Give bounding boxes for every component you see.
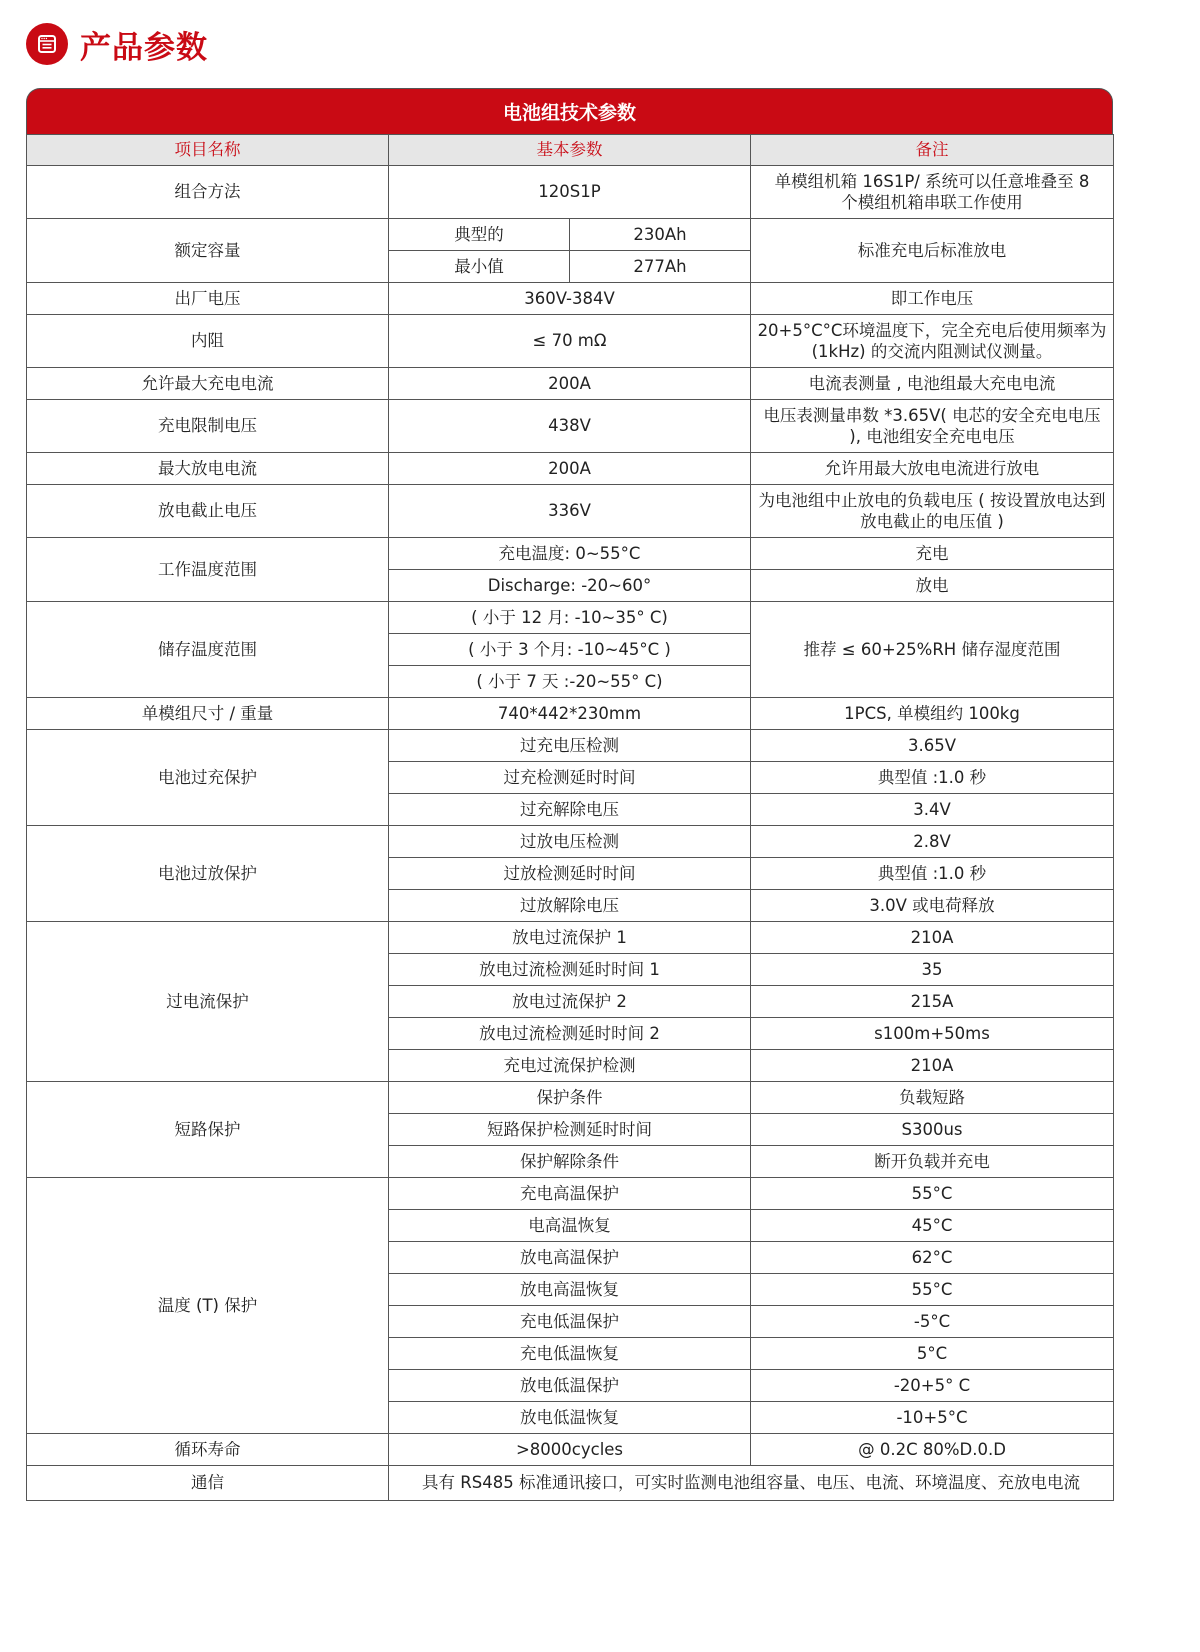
row-value: Discharge: -20~60° — [389, 570, 751, 602]
table-row: 储存温度范围 ( 小于 12 月: -10~35° C) 推荐 ≤ 60+25%… — [27, 602, 1114, 634]
row-value: 过放电压检测 — [389, 826, 751, 858]
row-note: 放电 — [751, 570, 1114, 602]
row-note: 为电池组中止放电的负载电压 ( 按设置放电达到放电截止的电压值 ) — [751, 485, 1114, 538]
row-note: 典型值 :1.0 秒 — [751, 858, 1114, 890]
row-name: 最大放电电流 — [27, 453, 389, 485]
row-value: 放电过流保护 2 — [389, 986, 751, 1018]
row-note: 电压表测量串数 *3.65V( 电芯的安全充电电压 ), 电池组安全充电电压 — [751, 400, 1114, 453]
row-note: -5°C — [751, 1306, 1114, 1338]
row-value: 过充解除电压 — [389, 794, 751, 826]
row-value: 过充检测延时时间 — [389, 762, 751, 794]
row-value: 438V — [389, 400, 751, 453]
row-value: >8000cycles — [389, 1434, 751, 1466]
row-note: 215A — [751, 986, 1114, 1018]
row-note: 即工作电压 — [751, 283, 1114, 315]
row-name: 单模组尺寸 / 重量 — [27, 698, 389, 730]
table-row: 工作温度范围 充电温度: 0~55°C 充电 — [27, 538, 1114, 570]
row-value: ( 小于 7 天 :-20~55° C) — [389, 666, 751, 698]
row-note: 45°C — [751, 1210, 1114, 1242]
row-value: 充电低温保护 — [389, 1306, 751, 1338]
row-name: 通信 — [27, 1466, 389, 1501]
table-row: 内阻 ≤ 70 mΩ 20+5°C°C环境温度下，完全充电后使用频率为 (1kH… — [27, 315, 1114, 368]
row-value: 过充电压检测 — [389, 730, 751, 762]
row-name: 短路保护 — [27, 1082, 389, 1178]
section-title: 产品参数 — [26, 22, 208, 66]
row-note: 210A — [751, 922, 1114, 954]
row-value: 电高温恢复 — [389, 1210, 751, 1242]
row-name: 出厂电压 — [27, 283, 389, 315]
row-note: 标准充电后标准放电 — [751, 219, 1114, 283]
row-note: -20+5° C — [751, 1370, 1114, 1402]
row-note: 55°C — [751, 1178, 1114, 1210]
table-title: 电池组技术参数 — [26, 88, 1113, 134]
row-note: 负载短路 — [751, 1082, 1114, 1114]
row-value: ( 小于 12 月: -10~35° C) — [389, 602, 751, 634]
table-row: 过电流保护 放电过流保护 1 210A — [27, 922, 1114, 954]
row-note: S300us — [751, 1114, 1114, 1146]
row-value: 740*442*230mm — [389, 698, 751, 730]
row-value: 过放解除电压 — [389, 890, 751, 922]
row-value: 过放检测延时时间 — [389, 858, 751, 890]
table-row: 充电限制电压 438V 电压表测量串数 *3.65V( 电芯的安全充电电压 ),… — [27, 400, 1114, 453]
row-name: 内阻 — [27, 315, 389, 368]
row-note: 单模组机箱 16S1P/ 系统可以任意堆叠至 8 个模组机箱串联工作使用 — [751, 166, 1114, 219]
column-header-param: 基本参数 — [389, 135, 751, 166]
row-value: 放电低温保护 — [389, 1370, 751, 1402]
row-value: 充电温度: 0~55°C — [389, 538, 751, 570]
row-sub-value: 230Ah — [570, 219, 751, 251]
table-row: 单模组尺寸 / 重量 740*442*230mm 1PCS, 单模组约 100k… — [27, 698, 1114, 730]
document-list-icon — [26, 23, 68, 65]
table-row: 循环寿命 >8000cycles @ 0.2C 80%D.0.D — [27, 1434, 1114, 1466]
row-value: 200A — [389, 453, 751, 485]
row-value: 200A — [389, 368, 751, 400]
row-value: ≤ 70 mΩ — [389, 315, 751, 368]
row-value: 放电高温保护 — [389, 1242, 751, 1274]
table-row: 放电截止电压 336V 为电池组中止放电的负载电压 ( 按设置放电达到放电截止的… — [27, 485, 1114, 538]
row-value: 放电过流保护 1 — [389, 922, 751, 954]
row-note: s100m+50ms — [751, 1018, 1114, 1050]
row-name: 放电截止电压 — [27, 485, 389, 538]
row-value: 充电高温保护 — [389, 1178, 751, 1210]
row-note: 断开负载并充电 — [751, 1146, 1114, 1178]
row-value: 充电过流保护检测 — [389, 1050, 751, 1082]
row-note: 3.4V — [751, 794, 1114, 826]
row-name: 工作温度范围 — [27, 538, 389, 602]
row-note: 允许用最大放电电流进行放电 — [751, 453, 1114, 485]
row-value: 保护条件 — [389, 1082, 751, 1114]
row-sub-value: 277Ah — [570, 251, 751, 283]
row-value: 放电过流检测延时时间 2 — [389, 1018, 751, 1050]
row-note: @ 0.2C 80%D.0.D — [751, 1434, 1114, 1466]
row-note: 20+5°C°C环境温度下，完全充电后使用频率为 (1kHz) 的交流内阻测试仪… — [751, 315, 1114, 368]
table-row: 短路保护 保护条件 负载短路 — [27, 1082, 1114, 1114]
row-name: 电池过充保护 — [27, 730, 389, 826]
table-row: 电池过充保护 过充电压检测 3.65V — [27, 730, 1114, 762]
row-sub-label: 最小值 — [389, 251, 570, 283]
row-name: 储存温度范围 — [27, 602, 389, 698]
table-row: 组合方法 120S1P 单模组机箱 16S1P/ 系统可以任意堆叠至 8 个模组… — [27, 166, 1114, 219]
table-row: 允许最大充电电流 200A 电流表测量 , 电池组最大充电电流 — [27, 368, 1114, 400]
row-value: 放电过流检测延时时间 1 — [389, 954, 751, 986]
row-name: 循环寿命 — [27, 1434, 389, 1466]
page-title: 产品参数 — [80, 22, 208, 67]
column-header-item: 项目名称 — [27, 135, 389, 166]
row-note: 推荐 ≤ 60+25%RH 储存湿度范围 — [751, 602, 1114, 698]
row-name: 允许最大充电电流 — [27, 368, 389, 400]
row-note: 62°C — [751, 1242, 1114, 1274]
row-value: 放电低温恢复 — [389, 1402, 751, 1434]
row-value: 短路保护检测延时时间 — [389, 1114, 751, 1146]
row-name: 过电流保护 — [27, 922, 389, 1082]
table-row: 通信 具有 RS485 标准通讯接口，可实时监测电池组容量、电压、电流、环境温度… — [27, 1466, 1114, 1501]
row-note: 2.8V — [751, 826, 1114, 858]
row-value: 具有 RS485 标准通讯接口，可实时监测电池组容量、电压、电流、环境温度、充放… — [389, 1466, 1114, 1501]
row-value: 保护解除条件 — [389, 1146, 751, 1178]
row-note: 典型值 :1.0 秒 — [751, 762, 1114, 794]
row-note: 3.65V — [751, 730, 1114, 762]
row-value: 放电高温恢复 — [389, 1274, 751, 1306]
table-row: 出厂电压 360V-384V 即工作电压 — [27, 283, 1114, 315]
column-header-row: 项目名称 基本参数 备注 — [27, 135, 1114, 166]
table-row: 电池过放保护 过放电压检测 2.8V — [27, 826, 1114, 858]
row-name: 组合方法 — [27, 166, 389, 219]
row-note: 3.0V 或电荷释放 — [751, 890, 1114, 922]
row-note: 5°C — [751, 1338, 1114, 1370]
spec-table: 电池组技术参数 项目名称 基本参数 备注 组合方法 120S1P 单模组机箱 1… — [26, 88, 1113, 1501]
table-row: 额定容量 典型的 230Ah 标准充电后标准放电 — [27, 219, 1114, 251]
row-note: 电流表测量 , 电池组最大充电电流 — [751, 368, 1114, 400]
column-header-note: 备注 — [751, 135, 1114, 166]
row-note: 55°C — [751, 1274, 1114, 1306]
row-note: 35 — [751, 954, 1114, 986]
row-value: 336V — [389, 485, 751, 538]
table-row: 最大放电电流 200A 允许用最大放电电流进行放电 — [27, 453, 1114, 485]
row-value: 充电低温恢复 — [389, 1338, 751, 1370]
row-name: 额定容量 — [27, 219, 389, 283]
row-value: 360V-384V — [389, 283, 751, 315]
row-note: 充电 — [751, 538, 1114, 570]
row-note: 1PCS, 单模组约 100kg — [751, 698, 1114, 730]
row-name: 充电限制电压 — [27, 400, 389, 453]
row-note: -10+5°C — [751, 1402, 1114, 1434]
row-value: 120S1P — [389, 166, 751, 219]
row-name: 温度 (T) 保护 — [27, 1178, 389, 1434]
row-name: 电池过放保护 — [27, 826, 389, 922]
row-note: 210A — [751, 1050, 1114, 1082]
table-row: 温度 (T) 保护 充电高温保护 55°C — [27, 1178, 1114, 1210]
row-value: ( 小于 3 个月: -10~45°C ) — [389, 634, 751, 666]
row-sub-label: 典型的 — [389, 219, 570, 251]
